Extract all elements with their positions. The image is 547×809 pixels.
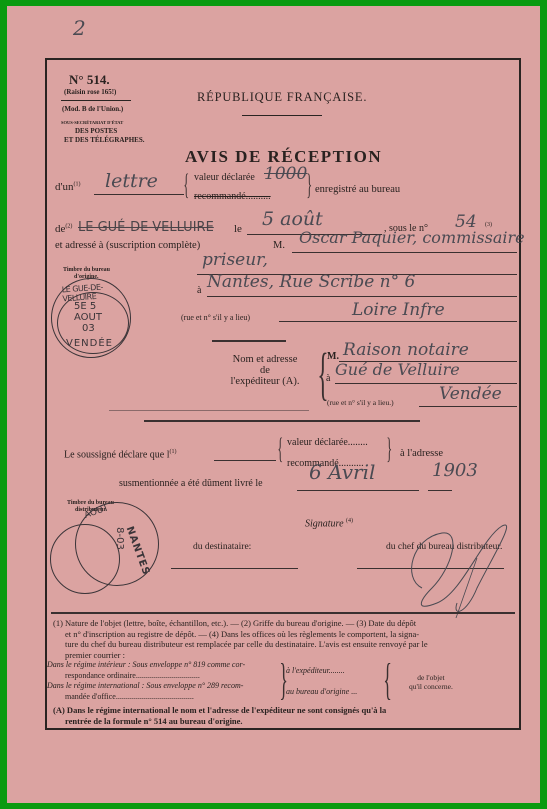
sender-name: Raison notaire — [343, 340, 469, 360]
recipient-underline-4 — [279, 321, 517, 322]
destination-postmark-inner-ring — [50, 524, 120, 594]
form-frame: N° 514. (Raisin rose 165!) (Mod. B de l'… — [45, 58, 521, 730]
routing-brace-2: { — [383, 658, 391, 702]
origin-office-griffe: LE GUÉ-DE-VELLUIRE — [78, 220, 214, 235]
republic-heading: RÉPUBLIQUE FRANÇAISE. — [197, 90, 367, 105]
sender-a-label: à — [326, 373, 330, 384]
section-divider — [212, 340, 286, 342]
recipient-line1: Oscar Paquier, commissaire — [299, 228, 525, 247]
recipient-line4: Loire Infre — [352, 300, 445, 320]
routing-regime-block: Dans le régime intérieur : Sous envelopp… — [47, 660, 245, 702]
adresse-suffix-label: à l'adresse — [400, 448, 443, 459]
origin-postmark-inner-ring — [57, 292, 129, 354]
sender-underline-3 — [419, 406, 517, 407]
sender-rue-label: (rue et n° s'il y a lieu.) — [327, 398, 394, 407]
fold-line — [109, 410, 309, 411]
object-nature-value: lettre — [105, 170, 158, 192]
divider — [61, 100, 131, 101]
recipient-a-label: à — [197, 285, 201, 296]
recipient-m-label: M. — [273, 240, 285, 251]
sender-place: Gué de Velluire — [335, 360, 460, 379]
object-blank-underline — [214, 460, 276, 461]
sender-department: Vendée — [439, 384, 502, 404]
origin-stamp-label: Timbre du bureau — [63, 267, 110, 273]
recipient-line3: Nantes, Rue Scribe n° 6 — [207, 272, 415, 292]
delivery-year-underline — [428, 490, 452, 491]
footnotes-divider — [51, 612, 515, 614]
note-a-block: (A) Dans le régime international le nom … — [53, 705, 386, 726]
ornament-divider — [242, 115, 322, 116]
recipient-underline-1 — [292, 252, 517, 253]
brace-close: } — [306, 170, 312, 200]
declare-label: Le soussigné déclare que l — [64, 449, 170, 460]
delivery-valeur-label: valeur déclarée........ — [287, 437, 368, 448]
le-label: le — [234, 223, 242, 235]
recommande-label: recommandé.......... — [194, 191, 271, 202]
valeur-declaree-value: 1000 — [264, 164, 307, 184]
to-origin-label: au bureau d'origine ... — [286, 687, 357, 696]
object-concerned-label: de l'objet qu'il concerne. — [409, 673, 453, 691]
to-sender-label: à l'expéditeur........ — [286, 666, 345, 675]
ministry-line3: ET DES TÉLÉGRAPHES. — [64, 136, 144, 144]
document-page: 2 N° 514. (Raisin rose 165!) (Mod. B de … — [7, 6, 540, 803]
recipient-line2: priseur, — [202, 250, 268, 270]
adresse-label: et adressé à (suscription complète) — [55, 240, 200, 251]
object-nature-underline — [94, 194, 184, 195]
de-label: de — [55, 223, 65, 235]
delivery-brace-close: } — [386, 434, 392, 464]
ministry-line1: SOUS-SECRÉTARIAT D'ÉTAT — [61, 120, 123, 125]
page-number: 2 — [73, 16, 86, 40]
delivery-brace-open: { — [277, 434, 283, 464]
section-divider-2 — [144, 420, 420, 422]
valeur-declaree-label: valeur déclarée — [194, 172, 255, 183]
recipient-signature-label: du destinataire: — [193, 542, 251, 552]
enregistre-label: enregistré au bureau — [315, 184, 400, 195]
signature-title: Signature — [305, 518, 344, 529]
paper-note: (Raisin rose 165!) — [64, 88, 116, 96]
livre-label: susmentionnée a été dûment livré le — [119, 478, 263, 489]
deposit-date-value: 5 août — [262, 208, 323, 230]
brace-open: { — [183, 170, 189, 200]
delivery-date-value: 6 Avril — [309, 460, 375, 484]
recipient-signature-line[interactable] — [171, 568, 298, 569]
rue-label: (rue et n° s'il y a lieu) — [181, 313, 250, 322]
footnotes-block: (1) Nature de l'objet (lettre, boîte, éc… — [53, 618, 428, 660]
dun-label: d'un(1) — [55, 181, 80, 193]
chief-signature-scrawl-icon — [382, 518, 522, 618]
form-number: N° 514. — [69, 72, 110, 88]
ministry-line2: DES POSTES — [75, 127, 117, 135]
recipient-underline-3 — [207, 296, 517, 297]
delivery-year-value: 1903 — [432, 460, 478, 481]
union-model: (Mod. B de l'Union.) — [62, 105, 123, 113]
delivery-date-underline — [297, 490, 419, 491]
sender-label: Nom et adresse de l'expéditeur (A). — [225, 354, 305, 387]
